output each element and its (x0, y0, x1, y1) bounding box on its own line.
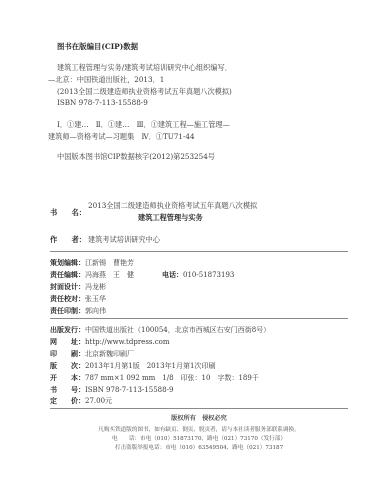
pub-row-publisher: 出版发行：中国铁道出版社（100054，北京市西城区右安门西街8号） (50, 325, 270, 335)
phone-label: 电话： (162, 270, 183, 279)
editor-row-proofreading: 责任校对：张玉华 (50, 294, 106, 304)
book-title-line-2: 建筑工程管理与实务 (138, 213, 203, 222)
cip-class-line-1: Ⅰ．①建… Ⅱ．①建… Ⅲ．①建筑工程—施工管理— (57, 120, 230, 129)
cip-record-number: 中国版本图书馆CIP数据核字(2012)第253254号 (57, 152, 215, 161)
divider-2 (50, 318, 348, 319)
pub-value: 2013年1月第1版 2013年1月第1次印刷 (85, 362, 215, 370)
editor-label: 策划编辑： (50, 258, 85, 267)
copyright-line-2: 电 话：市电（010）51873170，路电（021）73170（发行部） (50, 435, 348, 443)
editor-label: 责任印制： (50, 306, 85, 315)
pub-row-format: 开 本：787 mm×1 092 mm 1/8 印张：10 字数：189千 (50, 373, 259, 383)
author-value: 建筑考试培训研究中心 (88, 235, 160, 244)
book-title-line-1: 2013全国二级建造师执业资格考试五年真题八次模拟 (88, 201, 257, 210)
phone-value: 010-51873193 (183, 271, 234, 279)
pub-value: 北京新魏印刷厂 (85, 350, 134, 358)
pub-label: 网 址： (50, 337, 85, 346)
pub-row-edition: 版 次：2013年1月第1版 2013年1月第1次印刷 (50, 361, 215, 371)
pub-value: 787 mm×1 092 mm 1/8 印张：10 字数：189千 (85, 374, 259, 382)
cip-line-2: —北京：中国铁道出版社，2013．1 (48, 75, 164, 84)
editor-label: 责任编辑： (50, 270, 85, 279)
pub-row-price: 定 价：27.00元 (50, 396, 112, 406)
pub-value: http://www.tdpress.com (85, 338, 170, 346)
cip-heading: 图书在版编目(CIP)数据 (57, 42, 138, 51)
copyright-line-3: 打击盗版举报电话：市电（010）63549504，路电（021）73187 (50, 444, 348, 452)
pub-label: 版 次： (50, 361, 85, 370)
divider-1 (50, 251, 348, 252)
editor-value: 江新锡 曹艳芳 (85, 259, 134, 267)
copyright-line-1: 凡购买铁道版的图书，如有缺页、倒页、脱页者，请与本社读者服务部联系调换。 (50, 426, 348, 434)
editor-row-cover-design: 封面设计：冯龙彬 (50, 282, 106, 292)
editor-value: 冯海燕 王 健 (85, 271, 134, 279)
pub-label: 定 价： (50, 396, 85, 405)
editor-row-planning: 策划编辑：江新锡 曹艳芳 (50, 258, 134, 268)
divider-3 (50, 408, 348, 409)
copyright-heading: 版权所有 侵权必究 (50, 415, 348, 423)
author-label: 作 者： (50, 235, 86, 244)
pub-value: 27.00元 (85, 397, 112, 405)
editor-label: 封面设计： (50, 282, 85, 291)
cip-line-3: (2013全国二级建造师执业资格考试五年真题八次模拟) (57, 87, 232, 96)
pub-label: 印 刷： (50, 349, 85, 358)
pub-value: 中国铁道出版社（100054，北京市西城区右安门西街8号） (85, 326, 270, 334)
editor-value: 张玉华 (85, 295, 106, 303)
editor-label: 责任校对： (50, 294, 85, 303)
pub-label: 书 号： (50, 385, 85, 394)
editor-row-responsible: 责任编辑：冯海燕 王 健电话：010-51873193 (50, 270, 234, 280)
editor-row-printing: 责任印制：郭向伟 (50, 306, 106, 316)
editor-value: 冯龙彬 (85, 283, 106, 291)
cip-class-line-2: 建筑师—资格考试—习题集 Ⅳ．①TU71-44 (48, 132, 195, 141)
pub-row-printer: 印 刷：北京新魏印刷厂 (50, 349, 134, 359)
pub-label: 出版发行： (50, 325, 85, 334)
copyright-page: 图书在版编目(CIP)数据 建筑工程管理与实务/建筑考试培训研究中心组织编写． … (0, 0, 390, 480)
editor-value: 郭向伟 (85, 307, 106, 315)
book-title-label: 书 名： (50, 208, 86, 217)
pub-label: 开 本： (50, 373, 85, 382)
cip-line-1: 建筑工程管理与实务/建筑考试培训研究中心组织编写． (57, 63, 232, 72)
pub-row-isbn: 书 号：ISBN 978-7-113-15588-9 (50, 385, 173, 395)
pub-row-website: 网 址：http://www.tdpress.com (50, 337, 170, 347)
pub-value: ISBN 978-7-113-15588-9 (85, 386, 173, 394)
cip-isbn: ISBN 978-7-113-15588-9 (57, 98, 148, 107)
